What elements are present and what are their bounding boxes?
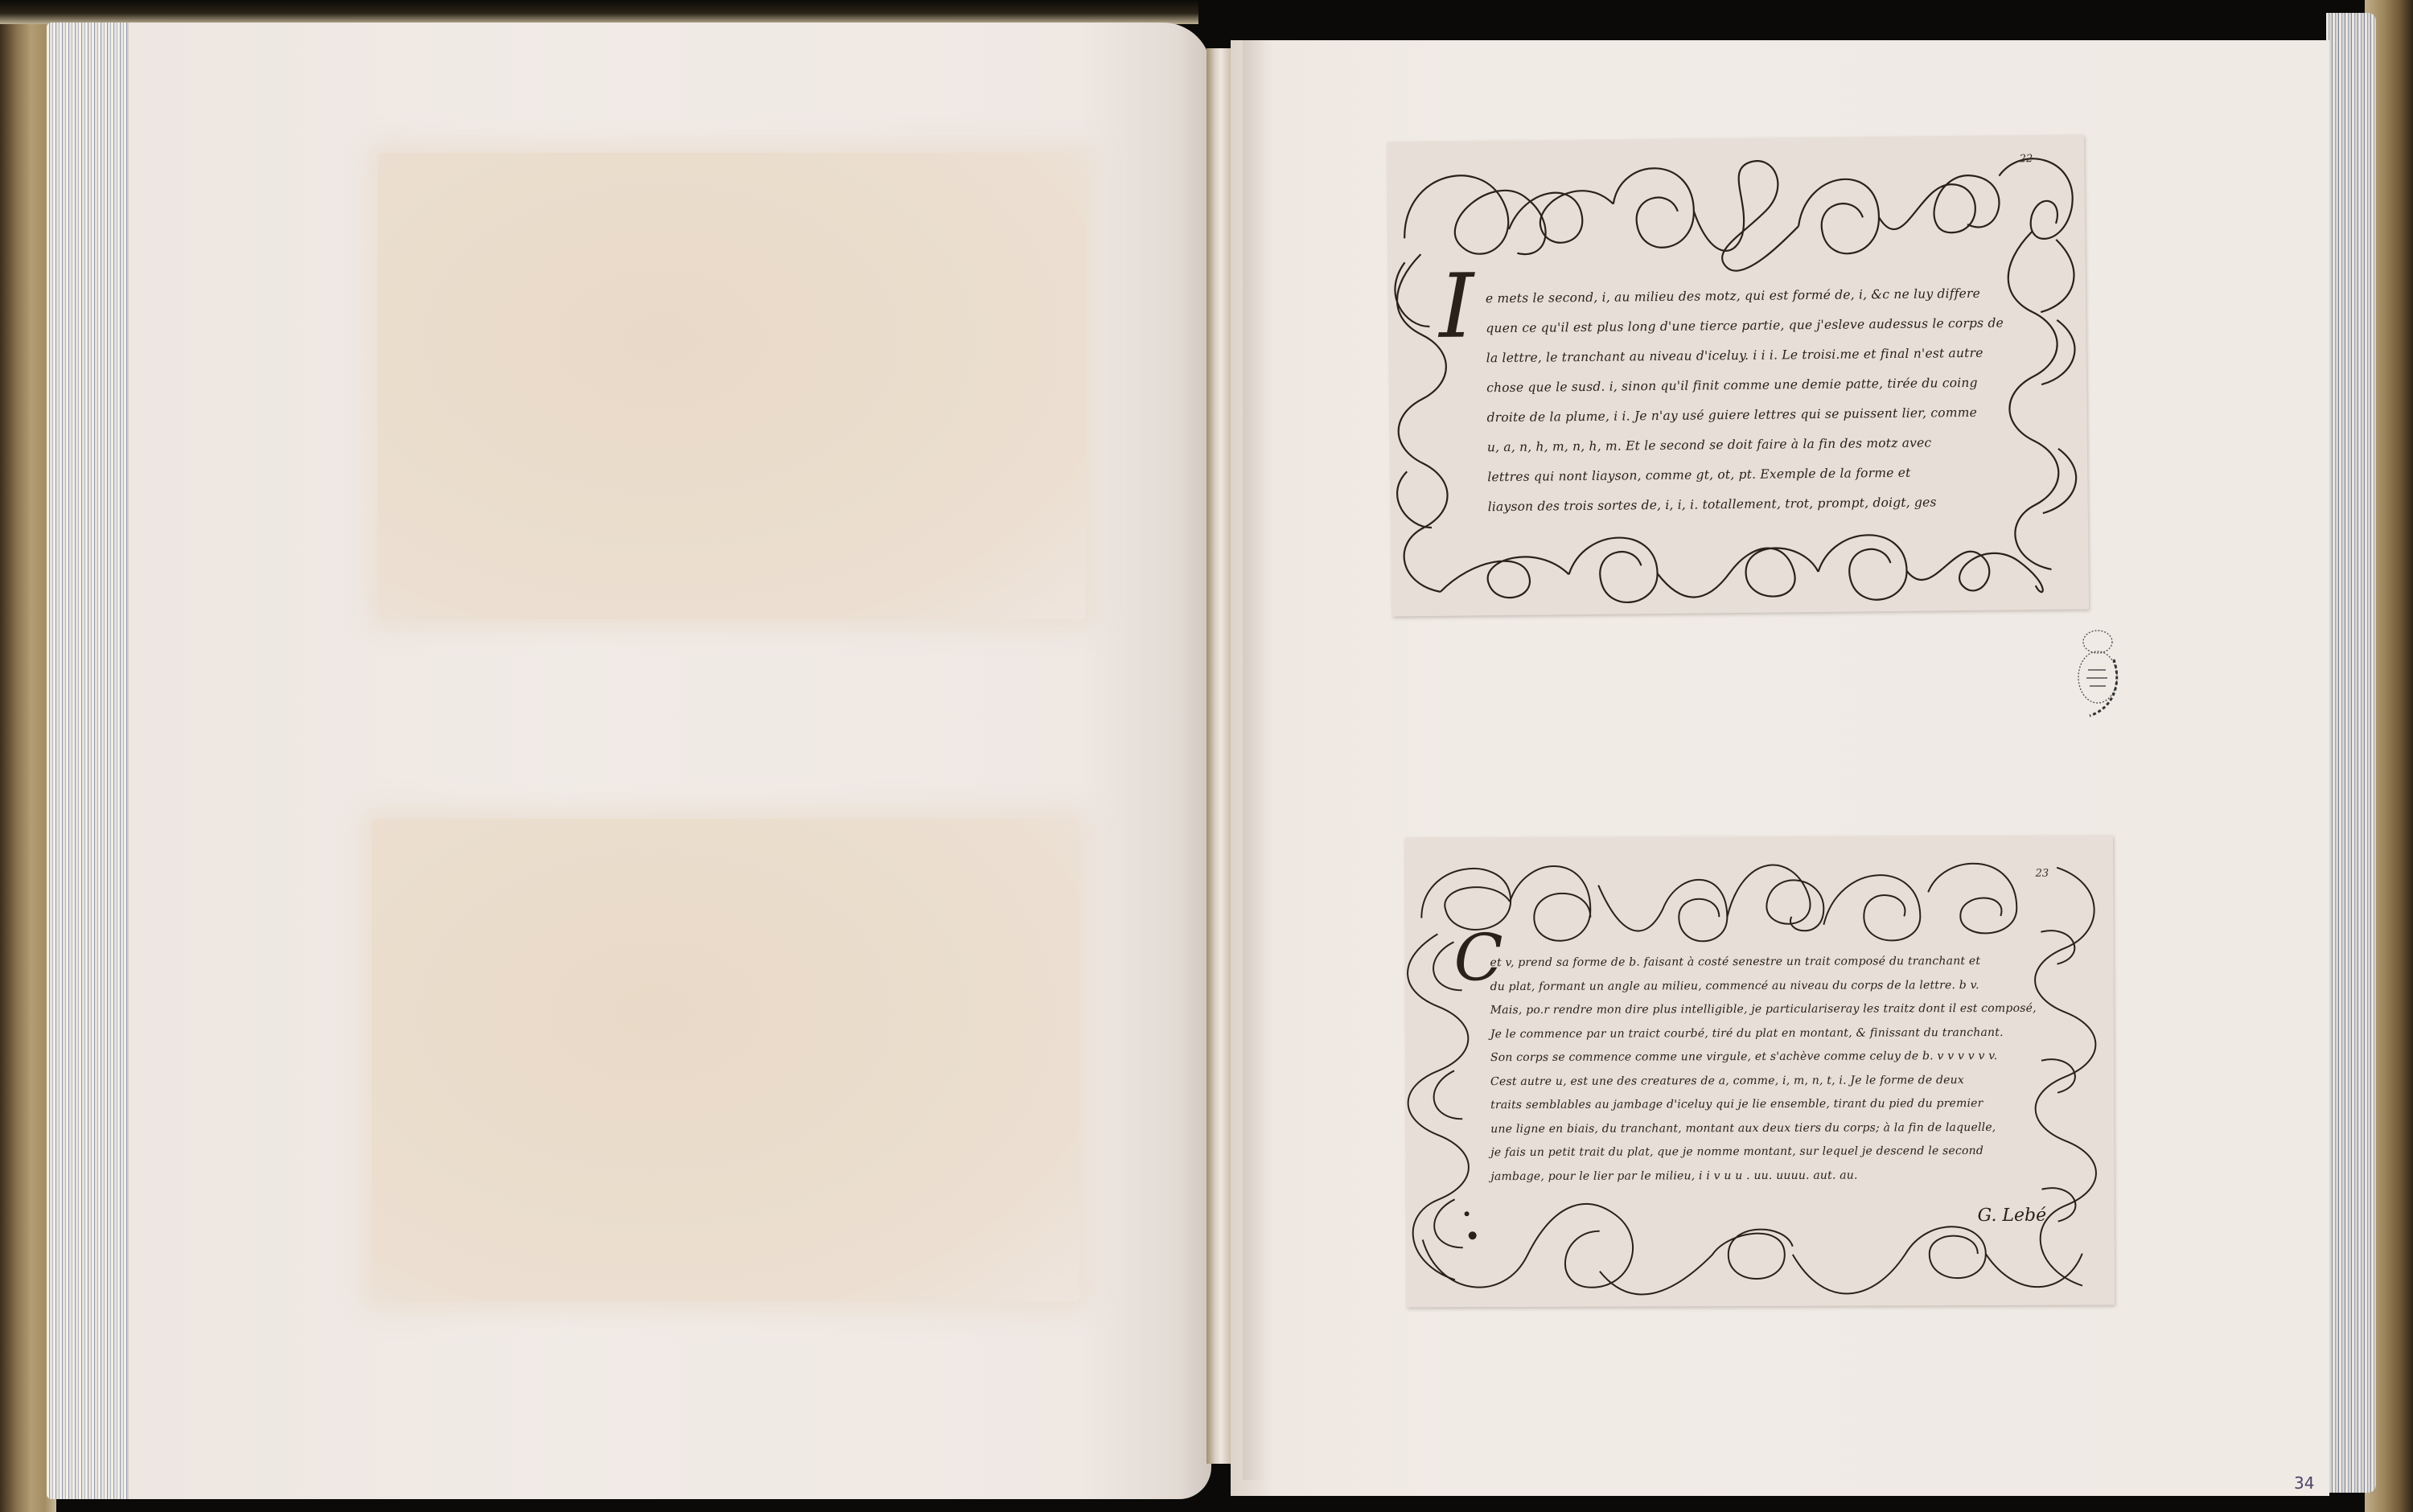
right-page-shadow	[1243, 40, 1267, 1480]
page-stack-left	[47, 23, 127, 1499]
offset-stain-top	[378, 153, 1086, 619]
calligraphy-plate-23: 23 C et v, prend sa forme de b. faisant …	[1405, 835, 2115, 1307]
text-line: Je le commence par un traict courbé, tir…	[1490, 1021, 2021, 1046]
calligraphy-plate-22: 22 I e mets le second, i, au milieu des …	[1387, 134, 2089, 616]
text-line: e mets le second, i, au milieu des motz,…	[1486, 279, 1984, 314]
text-line: du plat, formant un angle au milieu, com…	[1490, 973, 2021, 999]
calligraphy-text-block: et v, prend sa forme de b. faisant à cos…	[1490, 950, 2021, 1189]
text-line: lettres qui nont liayson, comme gt, ot, …	[1487, 458, 1986, 492]
text-line: une ligne en biais, du tranchant, montan…	[1490, 1116, 2021, 1141]
text-line: Mais, po.r rendre mon dire plus intellig…	[1490, 997, 2021, 1023]
library-stamp-icon	[2074, 627, 2123, 724]
page-stack-right	[2326, 13, 2376, 1493]
text-line: je fais un petit trait du plat, que je n…	[1490, 1140, 2021, 1165]
page-number: 34	[2294, 1473, 2314, 1493]
text-line: quen ce qu'il est plus long d'une tierce…	[1486, 309, 1984, 343]
text-line: jambage, pour le lier par le milieu, i i…	[1490, 1163, 2021, 1189]
page-edge-line	[127, 23, 129, 1499]
book-gutter	[1206, 48, 1231, 1464]
calligraphy-text-block: e mets le second, i, au milieu des motz,…	[1486, 279, 1987, 522]
text-line: traits semblables au jambage d'iceluy qu…	[1490, 1092, 2021, 1118]
text-line: liayson des trois sortes de, i, i, i. to…	[1488, 487, 1987, 522]
drop-capital: I	[1439, 261, 1475, 350]
signature: G. Lebé	[1978, 1206, 2047, 1226]
folio-number: 22	[2020, 153, 2033, 165]
text-line: Son corps se commence comme une virgule,…	[1490, 1045, 2021, 1070]
text-line: Cest autre u, est une des creatures de a…	[1490, 1068, 2021, 1094]
folio-number: 23	[2036, 868, 2049, 880]
book-cover-top	[0, 0, 1198, 24]
text-line: u, a, n, h, m, n, h, m. Et le second se …	[1487, 428, 1986, 462]
offset-stain-bottom	[372, 819, 1079, 1301]
text-line: et v, prend sa forme de b. faisant à cos…	[1490, 950, 2020, 976]
